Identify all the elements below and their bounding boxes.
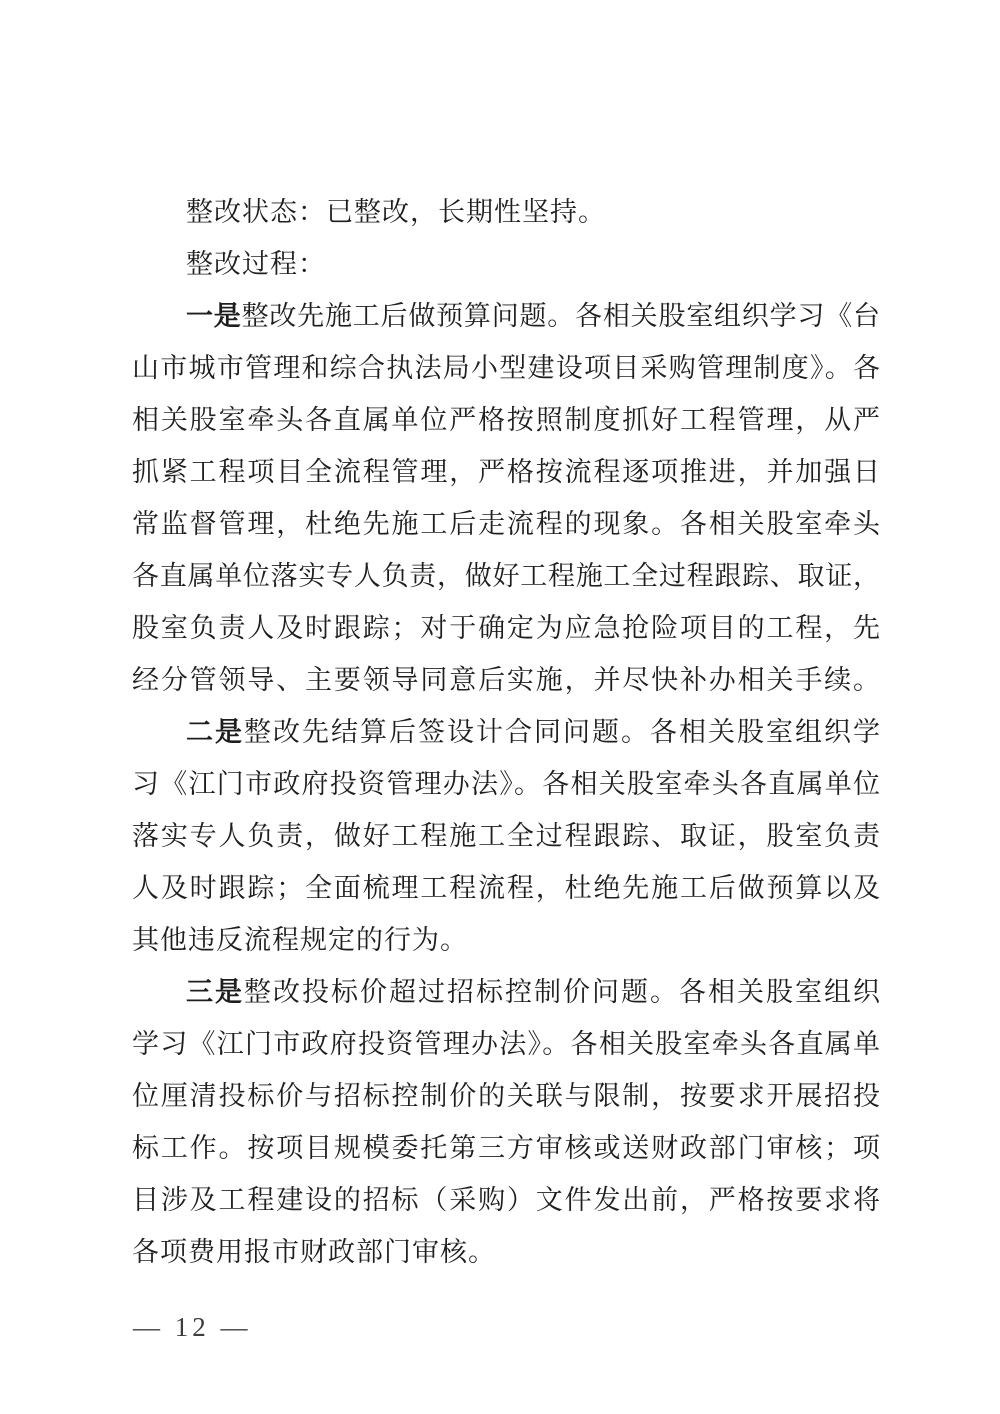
text-line: 一是整改先施工后做预算问题。各相关股室组织学习《台: [132, 290, 880, 342]
text-line: 常监督管理，杜绝先施工后走流程的现象。各相关股室牵头: [132, 498, 880, 550]
text-line: 经分管领导、主要领导同意后实施，并尽快补办相关手续。: [132, 654, 880, 706]
page-number: — 12 —: [133, 1312, 252, 1342]
text-line: 标工作。按项目规模委托第三方审核或送财政部门审核；项: [132, 1122, 880, 1174]
text-line: 学习《江门市政府投资管理办法》。各相关股室牵头各直属单: [132, 1018, 880, 1070]
text-line: 整改过程：: [132, 238, 880, 290]
paragraph-lead: 一是: [186, 301, 242, 331]
text-line: 整改状态：已整改，长期性坚持。: [132, 186, 880, 238]
text-line: 目涉及工程建设的招标（采购）文件发出前，严格按要求将: [132, 1174, 880, 1226]
document-body: 整改状态：已整改，长期性坚持。整改过程：一是整改先施工后做预算问题。各相关股室组…: [132, 186, 880, 1278]
text-line: 各直属单位落实专人负责，做好工程施工全过程跟踪、取证，: [132, 550, 880, 602]
text-line: 抓紧工程项目全流程管理，严格按流程逐项推进，并加强日: [132, 446, 880, 498]
document-page: 整改状态：已整改，长期性坚持。整改过程：一是整改先施工后做预算问题。各相关股室组…: [0, 0, 1000, 1414]
text-line: 位厘清投标价与招标控制价的关联与限制，按要求开展招投: [132, 1070, 880, 1122]
text-line: 二是整改先结算后签设计合同问题。各相关股室组织学: [132, 706, 880, 758]
text-line: 其他违反流程规定的行为。: [132, 914, 880, 966]
text-line: 人及时跟踪；全面梳理工程流程，杜绝先施工后做预算以及: [132, 862, 880, 914]
text-line: 股室负责人及时跟踪；对于确定为应急抢险项目的工程，先: [132, 602, 880, 654]
text-line: 落实专人负责，做好工程施工全过程跟踪、取证，股室负责: [132, 810, 880, 862]
text-line: 习《江门市政府投资管理办法》。各相关股室牵头各直属单位: [132, 758, 880, 810]
text-line: 山市城市管理和综合执法局小型建设项目采购管理制度》。各: [132, 342, 880, 394]
text-line: 相关股室牵头各直属单位严格按照制度抓好工程管理，从严: [132, 394, 880, 446]
text-line: 三是整改投标价超过招标控制价问题。各相关股室组织: [132, 966, 880, 1018]
text-line: 各项费用报市财政部门审核。: [132, 1226, 880, 1278]
page-number-text: — 12 —: [133, 1312, 252, 1342]
paragraph-lead: 三是: [186, 977, 244, 1007]
paragraph-lead: 二是: [186, 717, 244, 747]
